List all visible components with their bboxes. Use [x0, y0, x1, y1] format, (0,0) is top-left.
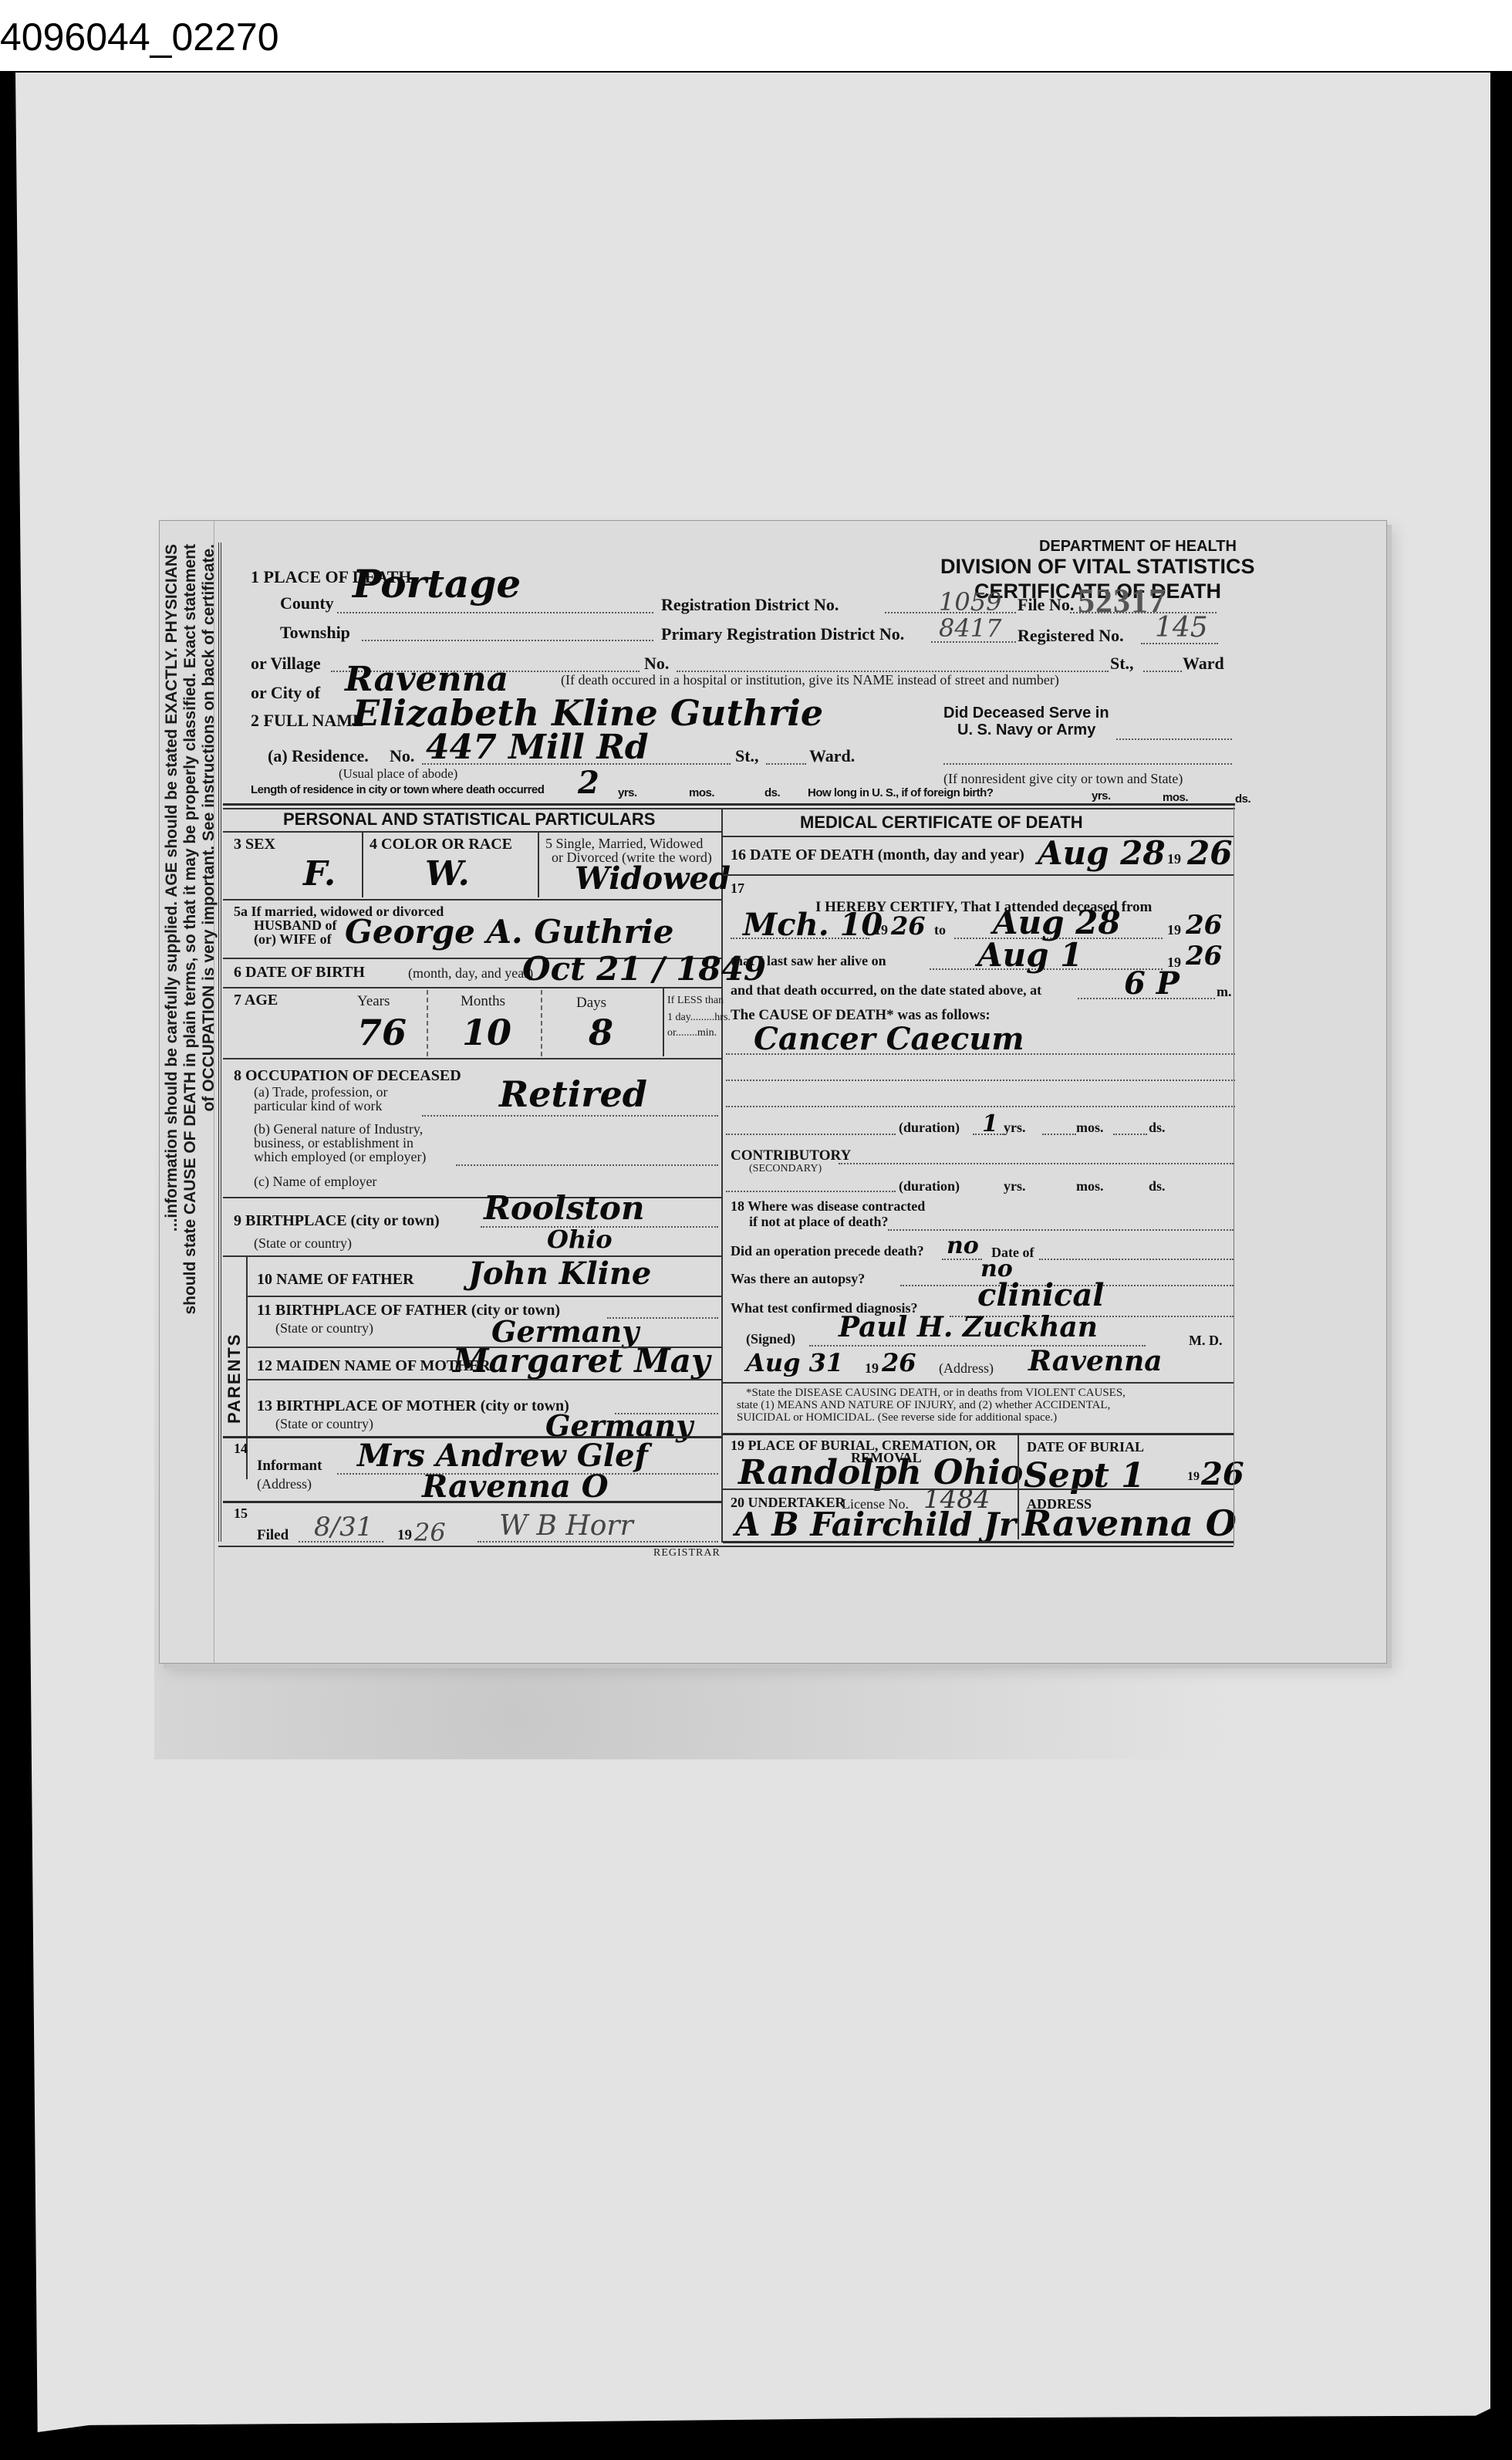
burial-year-prefix: 19	[1187, 1470, 1200, 1484]
dob-label: 6 DATE OF BIRTH	[234, 964, 365, 982]
mother-birthplace-state-label: (State or country)	[275, 1416, 373, 1432]
operation-value[interactable]: no	[947, 1232, 979, 1259]
signed-year-prefix: 19	[865, 1360, 879, 1377]
cause-footnote-2: state (1) MEANS AND NATURE OF INJURY, an…	[737, 1399, 1110, 1412]
item-18-label-1: 18 Where was disease contracted	[731, 1198, 925, 1215]
filed-year-value[interactable]: 26	[414, 1518, 446, 1547]
undertaker-value[interactable]: A B Fairchild Jr	[735, 1505, 1016, 1543]
time-of-death-label: and that death occurred, on the date sta…	[731, 982, 1041, 999]
spouse-label-3: (or) WIFE of	[254, 931, 332, 948]
informant-label: Informant	[257, 1458, 322, 1475]
county-value[interactable]: Portage	[353, 561, 521, 607]
date-of-death-label: 16 DATE OF DEATH (month, day and year)	[731, 846, 1024, 864]
full-name-label: 2 FULL NAME	[251, 711, 364, 731]
birthplace-state-label: (State or country)	[254, 1235, 352, 1252]
department-heading: DEPARTMENT OF HEALTH	[1039, 538, 1237, 556]
foreign-birth-label: How long in U. S., if of foreign birth?	[808, 786, 993, 799]
file-no-label: File No.	[1018, 595, 1074, 615]
dob-hint: (month, day, and year)	[408, 965, 533, 982]
age-days-label: Days	[576, 995, 606, 1012]
attended-from-year[interactable]: 26	[891, 911, 926, 941]
birthplace-label: 9 BIRTHPLACE (city or town)	[234, 1212, 440, 1230]
primary-duration-years[interactable]: 1	[982, 1110, 998, 1137]
item-18-label-2: if not at place of death?	[749, 1214, 888, 1230]
filed-year-prefix: 19	[397, 1527, 412, 1544]
primary-duration-ds: ds.	[1149, 1120, 1166, 1136]
occupation-b-label-3: which employed (or employer)	[254, 1149, 426, 1165]
registered-no-value[interactable]: 145	[1155, 612, 1208, 644]
operation-label: Did an operation precede death?	[731, 1243, 924, 1259]
filed-number: 15	[234, 1505, 248, 1522]
date-of-death-value[interactable]: Aug 28	[1038, 834, 1166, 872]
occupation-a-value[interactable]: Retired	[499, 1073, 647, 1115]
secondary-duration-mos: mos.	[1076, 1178, 1104, 1195]
side-instructions: ...information should be carefully suppl…	[160, 521, 214, 1663]
attended-to-label: to	[934, 922, 946, 938]
residence-length-value[interactable]: 2	[578, 765, 599, 801]
last-saw-value[interactable]: Aug 1	[977, 936, 1082, 974]
secondary-duration-yrs: yrs.	[1004, 1178, 1026, 1195]
age-years-value[interactable]: 76	[357, 1012, 407, 1053]
sex-value[interactable]: F.	[303, 854, 336, 894]
date-of-death-year-prefix: 19	[1167, 851, 1181, 867]
residence-st-label: St.,	[735, 746, 759, 766]
time-of-death-value[interactable]: 6 P	[1124, 965, 1180, 1002]
date-of-death-year[interactable]: 26	[1187, 834, 1232, 872]
age-months-label: Months	[461, 993, 505, 1010]
residence-value[interactable]: 447 Mill Rd	[426, 728, 649, 767]
registrar-label: REGISTRAR	[653, 1547, 721, 1559]
residence-label: (a) Residence.	[268, 746, 369, 766]
informant-number: 14	[234, 1441, 248, 1457]
side-instructions-text: ...information should be carefully suppl…	[163, 529, 218, 1655]
cause-of-death-value[interactable]: Cancer Caecum	[754, 1021, 1024, 1057]
age-days-value[interactable]: 8	[589, 1012, 613, 1053]
residence-mos: mos.	[689, 786, 714, 799]
occupation-label: 8 OCCUPATION OF DECEASED	[234, 1067, 461, 1085]
attended-to-year[interactable]: 26	[1186, 910, 1222, 941]
primary-registration-label: Primary Registration District No.	[661, 624, 904, 644]
registered-no-label: Registered No.	[1018, 626, 1124, 646]
father-birthplace-state-label: (State or country)	[275, 1320, 373, 1336]
division-heading: DIVISION OF VITAL STATISTICS	[940, 555, 1255, 579]
residence-yrs: yrs.	[618, 786, 637, 799]
mother-birthplace-label: 13 BIRTHPLACE OF MOTHER (city or town)	[257, 1397, 569, 1415]
informant-address-value[interactable]: Ravenna O	[422, 1468, 609, 1505]
diagnosis-test-value[interactable]: clinical	[977, 1277, 1105, 1313]
residence-length-label: Length of residence in city or town wher…	[251, 783, 544, 796]
secondary-duration-label: (duration)	[899, 1178, 960, 1195]
father-name-value[interactable]: John Kline	[468, 1255, 651, 1292]
village-label: or Village	[251, 654, 321, 674]
hospital-note: (If death occured in a hospital or insti…	[561, 672, 1059, 688]
registration-district-value[interactable]: 1059	[939, 587, 1001, 617]
city-label: or City of	[251, 683, 320, 703]
foreign-ds: ds.	[1235, 792, 1250, 806]
birthplace-value[interactable]: Roolston	[484, 1189, 644, 1227]
primary-duration-yrs: yrs.	[1004, 1120, 1026, 1136]
sex-label: 3 SEX	[234, 836, 275, 853]
residence-ward-label: Ward.	[809, 746, 855, 766]
time-of-death-suffix: m.	[1217, 984, 1232, 1000]
undertaker-address-value[interactable]: Ravenna O	[1022, 1502, 1237, 1544]
medical-heading: MEDICAL CERTIFICATE OF DEATH	[800, 813, 1083, 833]
less-than-label-1: If LESS than	[667, 995, 724, 1007]
parents-side-label: PARENTS	[224, 1333, 245, 1424]
county-label: County	[280, 593, 334, 613]
physician-signature[interactable]: Paul H. Zuckhan	[839, 1311, 1098, 1343]
personal-heading: PERSONAL AND STATISTICAL PARTICULARS	[283, 809, 655, 830]
occupation-c-label: (c) Name of employer	[254, 1174, 376, 1190]
secondary-duration-ds: ds.	[1149, 1178, 1166, 1195]
signed-label: (Signed)	[746, 1331, 795, 1347]
ward-label: Ward	[1183, 654, 1224, 674]
less-than-label-3: or........min.	[667, 1027, 717, 1039]
residence-ds: ds.	[764, 786, 780, 799]
mother-maiden-name-value[interactable]: Margaret May	[453, 1342, 710, 1380]
attended-from-year-prefix: 19	[874, 922, 888, 938]
father-name-label: 10 NAME OF FATHER	[257, 1271, 414, 1289]
burial-year[interactable]: 26	[1201, 1456, 1244, 1492]
item-17-number: 17	[731, 880, 744, 897]
cause-footnote-1: *State the DISEASE CAUSING DEATH, or in …	[746, 1387, 1126, 1400]
less-than-label-2: 1 day.........hrs.	[667, 1012, 731, 1024]
race-label: 4 COLOR OR RACE	[370, 836, 512, 853]
age-years-label: Years	[357, 993, 390, 1010]
burial-date-label: DATE OF BURIAL	[1027, 1439, 1144, 1455]
age-label: 7 AGE	[234, 992, 278, 1009]
signed-date-value[interactable]: Aug 31	[746, 1348, 843, 1377]
filed-date-value[interactable]: 8/31	[314, 1512, 373, 1543]
physician-address-label: (Address)	[939, 1360, 994, 1377]
foreign-mos: mos.	[1163, 791, 1188, 804]
marital-value[interactable]: Widowed	[575, 860, 731, 897]
registrar-signature[interactable]: W B Horr	[499, 1510, 633, 1542]
dob-value[interactable]: Oct 21 / 1849	[522, 950, 766, 988]
abode-note: (Usual place of abode)	[339, 766, 457, 782]
image-id-label: 4096044_02270	[0, 6, 279, 68]
last-saw-label: that I last saw her alive on	[731, 953, 886, 969]
cause-footnote-3: SUICIDAL or HOMICIDAL. (See reverse side…	[737, 1411, 1057, 1424]
death-certificate: ...information should be carefully suppl…	[159, 520, 1387, 1664]
last-saw-year[interactable]: 26	[1186, 941, 1222, 971]
age-months-value[interactable]: 10	[462, 1012, 511, 1053]
birthplace-state-value[interactable]: Ohio	[547, 1225, 613, 1254]
autopsy-label: Was there an autopsy?	[731, 1271, 865, 1287]
informant-address-label: (Address)	[257, 1476, 312, 1492]
file-no-value[interactable]: 52317	[1078, 581, 1166, 620]
occupation-a-label-2: particular kind of work	[254, 1098, 382, 1114]
spouse-value[interactable]: George A. Guthrie	[345, 913, 673, 951]
primary-registration-value[interactable]: 8417	[939, 613, 1001, 643]
attended-to-year-prefix: 19	[1167, 922, 1181, 938]
secondary-label: (SECONDARY)	[749, 1163, 822, 1175]
nonresident-note: (If nonresident give city or town and St…	[943, 771, 1183, 787]
primary-duration-mos: mos.	[1076, 1120, 1104, 1136]
foreign-yrs: yrs.	[1092, 789, 1111, 803]
registration-district-label: Registration District No.	[661, 595, 839, 615]
contributory-label: CONTRIBUTORY	[731, 1147, 851, 1164]
military-service-label-2: U. S. Navy or Army	[957, 721, 1095, 739]
street-label: St.,	[1110, 654, 1134, 674]
street-no-label: No.	[644, 654, 669, 674]
primary-duration-label: (duration)	[899, 1120, 960, 1136]
physician-address-value[interactable]: Ravenna	[1028, 1345, 1163, 1377]
race-value[interactable]: W.	[425, 854, 470, 894]
residence-no-label: No.	[390, 746, 414, 766]
signed-year[interactable]: 26	[882, 1348, 916, 1377]
military-service-label-1: Did Deceased Serve in	[943, 705, 1109, 722]
attended-from-value[interactable]: Mch. 10	[743, 907, 883, 943]
filed-label: Filed	[257, 1527, 289, 1544]
township-label: Township	[280, 623, 350, 643]
md-label: M. D.	[1189, 1333, 1223, 1349]
